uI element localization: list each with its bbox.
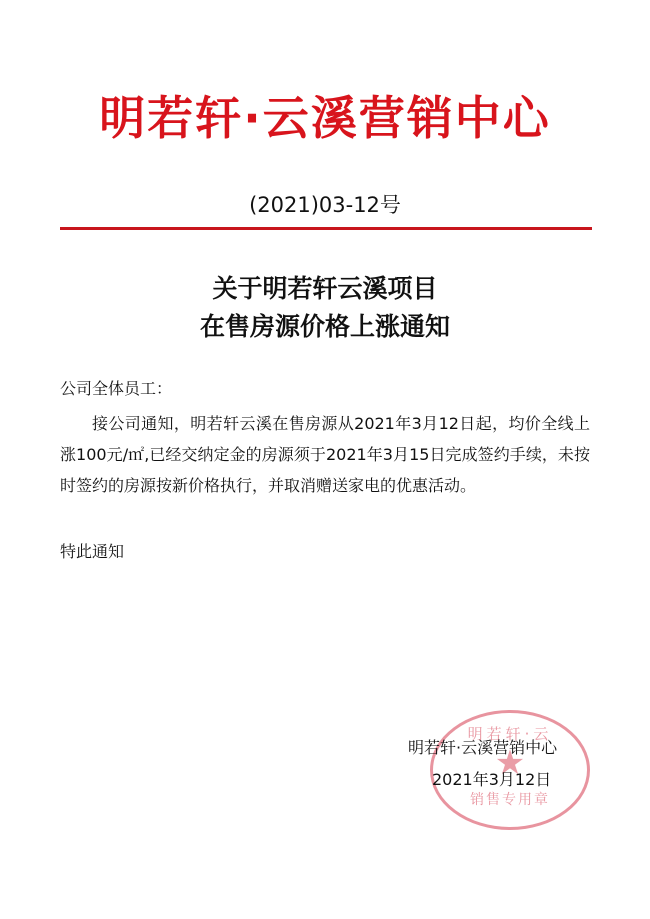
header-title: 明若轩·云溪营销中心 — [0, 88, 650, 148]
notice-title-line-1: 关于明若轩云溪项目 — [0, 270, 650, 308]
header-divider — [60, 227, 592, 230]
body-paragraph: 接公司通知，明若轩云溪在售房源从2021年3月12日起，均价全线上涨100元/㎡… — [60, 408, 590, 501]
signature-organization: 明若轩·云溪营销中心 — [408, 736, 557, 760]
document-number: (2021)03-12号 — [0, 190, 650, 220]
seal-bottom-text: 销售专用章 — [433, 789, 587, 809]
salutation: 公司全体员工： — [60, 377, 172, 401]
signature-date: 2021年3月12日 — [432, 768, 551, 792]
notice-title-line-2: 在售房源价格上涨通知 — [0, 308, 650, 346]
notice-title: 关于明若轩云溪项目 在售房源价格上涨通知 — [0, 270, 650, 346]
closing-text: 特此通知 — [60, 540, 124, 564]
